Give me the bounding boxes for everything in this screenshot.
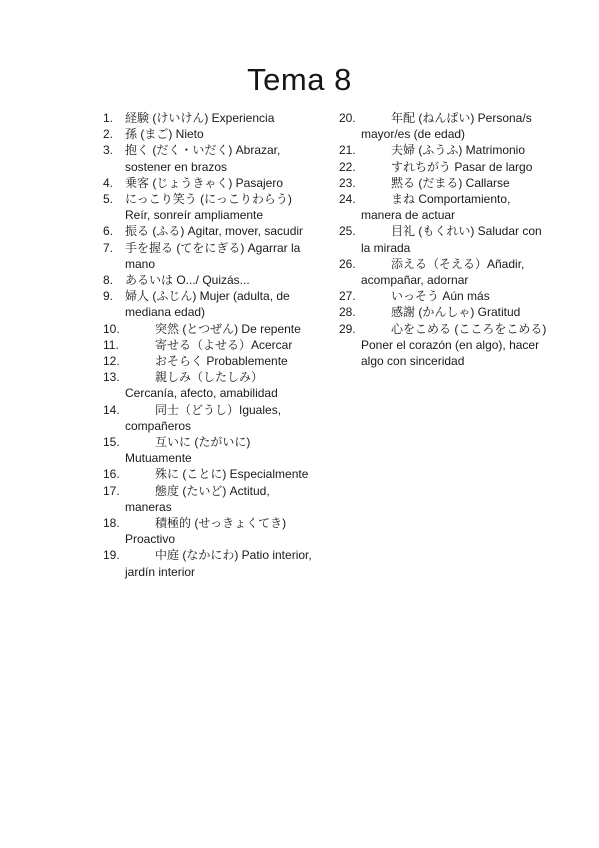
list-item: 9.婦人 (ふじん) Mujer (adulta, de mediana eda…: [103, 288, 313, 320]
list-item: 2.孫 (まご) Nieto: [103, 126, 313, 142]
item-number: 16.: [103, 466, 155, 482]
item-text: いっそう Aún más: [391, 289, 490, 303]
right-column: 20.年配 (ねんぱい) Persona/s mayor/es (de edad…: [339, 110, 547, 580]
item-number: 11.: [103, 337, 155, 353]
list-item: 13.親しみ（したしみ）Cercanía, afecto, amabilidad: [103, 369, 313, 401]
list-item: 8.あるいは O.../ Quizás...: [103, 272, 313, 288]
item-text: 抱く (だく・いだく) Abrazar, sostener en brazos: [125, 143, 280, 173]
item-text: おそらく Probablemente: [155, 354, 288, 368]
list-item: 3.抱く (だく・いだく) Abrazar, sostener en brazo…: [103, 142, 313, 174]
item-number: 17.: [103, 483, 155, 499]
list-item: 20.年配 (ねんぱい) Persona/s mayor/es (de edad…: [339, 110, 547, 142]
item-number: 23.: [339, 175, 391, 191]
item-text: 振る (ふる) Agitar, mover, sacudir: [125, 224, 303, 238]
item-number: 18.: [103, 515, 155, 531]
item-text: にっこり笑う (にっこりわらう) Reír, sonreír ampliamen…: [125, 192, 292, 222]
list-item: 17.態度 (たいど) Actitud, maneras: [103, 483, 313, 515]
list-item: 15.互いに (たがいに) Mutuamente: [103, 434, 313, 466]
document-page: Tema 8 1.経験 (けいけん) Experiencia 2.孫 (まご) …: [0, 0, 599, 848]
list-item: 29.心をこめる (こころをこめる) Poner el corazón (en …: [339, 321, 547, 370]
item-number: 22.: [339, 159, 391, 175]
item-text: 婦人 (ふじん) Mujer (adulta, de mediana edad): [125, 289, 290, 319]
item-number: 28.: [339, 304, 391, 320]
list-item: 26.添える（そえる）Añadir, acompañar, adornar: [339, 256, 547, 288]
list-item: 1.経験 (けいけん) Experiencia: [103, 110, 313, 126]
list-item: 27.いっそう Aún más: [339, 288, 547, 304]
item-number: 27.: [339, 288, 391, 304]
item-number: 12.: [103, 353, 155, 369]
item-text: 夫婦 (ふうふ) Matrimonio: [391, 143, 525, 157]
item-number: 10.: [103, 321, 155, 337]
item-text: あるいは O.../ Quizás...: [125, 273, 250, 287]
list-item: 7.手を握る (てをにぎる) Agarrar la mano: [103, 240, 313, 272]
list-item: 22.すれちがう Pasar de largo: [339, 159, 547, 175]
item-number: 7.: [103, 240, 125, 256]
item-number: 14.: [103, 402, 155, 418]
item-text: 殊に (ことに) Especialmente: [155, 467, 308, 481]
item-number: 24.: [339, 191, 391, 207]
item-text: 孫 (まご) Nieto: [125, 127, 204, 141]
item-text: 黙る (だまる) Callarse: [391, 176, 510, 190]
list-item: 4.乗客 (じょうきゃく) Pasajero: [103, 175, 313, 191]
list-item: 21.夫婦 (ふうふ) Matrimonio: [339, 142, 547, 158]
list-item: 12.おそらく Probablemente: [103, 353, 313, 369]
item-number: 19.: [103, 547, 155, 563]
vocab-list: 1.経験 (けいけん) Experiencia 2.孫 (まご) Nieto 3…: [103, 110, 547, 580]
item-number: 25.: [339, 223, 391, 239]
list-item: 23.黙る (だまる) Callarse: [339, 175, 547, 191]
item-number: 26.: [339, 256, 391, 272]
list-item: 24.まね Comportamiento, manera de actuar: [339, 191, 547, 223]
item-number: 8.: [103, 272, 125, 288]
list-item: 11.寄せる（よせる）Acercar: [103, 337, 313, 353]
list-item: 5.にっこり笑う (にっこりわらう) Reír, sonreír ampliam…: [103, 191, 313, 223]
item-number: 5.: [103, 191, 125, 207]
item-number: 6.: [103, 223, 125, 239]
item-text: すれちがう Pasar de largo: [391, 160, 532, 174]
list-item: 16.殊に (ことに) Especialmente: [103, 466, 313, 482]
list-item: 25.目礼 (もくれい) Saludar con la mirada: [339, 223, 547, 255]
item-number: 9.: [103, 288, 125, 304]
list-item: 18.積極的 (せっきょくてき) Proactivo: [103, 515, 313, 547]
list-item: 28.感謝 (かんしゃ) Gratitud: [339, 304, 547, 320]
left-column: 1.経験 (けいけん) Experiencia 2.孫 (まご) Nieto 3…: [103, 110, 313, 580]
item-text: 手を握る (てをにぎる) Agarrar la mano: [125, 241, 300, 271]
item-number: 3.: [103, 142, 125, 158]
item-number: 2.: [103, 126, 125, 142]
item-text: 経験 (けいけん) Experiencia: [125, 111, 274, 125]
list-item: 6.振る (ふる) Agitar, mover, sacudir: [103, 223, 313, 239]
item-number: 29.: [339, 321, 391, 337]
item-text: 乗客 (じょうきゃく) Pasajero: [125, 176, 283, 190]
item-number: 13.: [103, 369, 155, 385]
item-text: 寄せる（よせる）Acercar: [155, 338, 292, 352]
item-text: 突然 (とつぜん) De repente: [155, 322, 301, 336]
list-item: 10.突然 (とつぜん) De repente: [103, 321, 313, 337]
item-number: 4.: [103, 175, 125, 191]
item-number: 15.: [103, 434, 155, 450]
list-item: 14.同士（どうし）Iguales, compañeros: [103, 402, 313, 434]
item-number: 20.: [339, 110, 391, 126]
item-number: 21.: [339, 142, 391, 158]
item-number: 1.: [103, 110, 125, 126]
list-item: 19.中庭 (なかにわ) Patio interior, jardín inte…: [103, 547, 313, 579]
page-title: Tema 8: [0, 62, 599, 98]
item-text: 感謝 (かんしゃ) Gratitud: [391, 305, 520, 319]
